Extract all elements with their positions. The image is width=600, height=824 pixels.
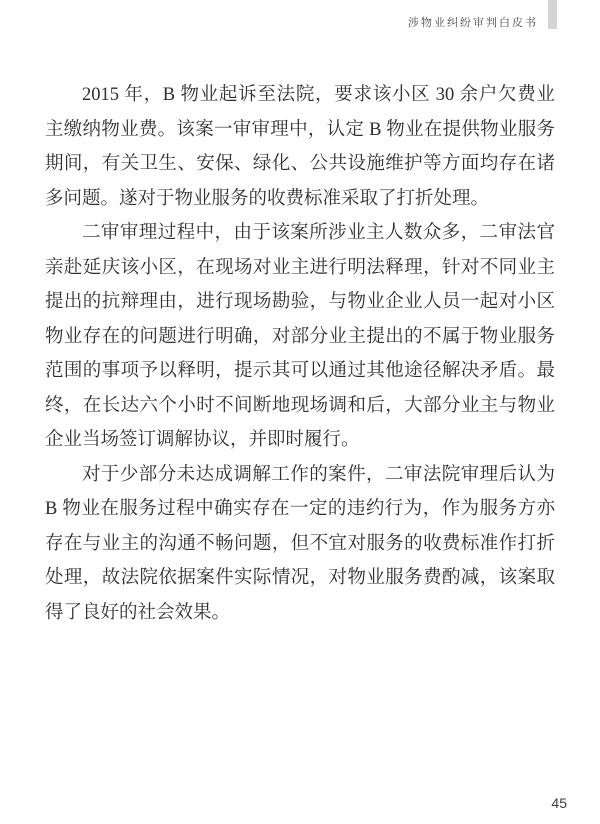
body-paragraph: 2015 年，B 物业起诉至法院，要求该小区 30 余户欠费业主缴纳物业费。该案… bbox=[45, 78, 555, 216]
running-header-title: 涉物业纠纷审判白皮书 bbox=[408, 14, 538, 30]
body-text-block: 2015 年，B 物业起诉至法院，要求该小区 30 余户欠费业主缴纳物业费。该案… bbox=[45, 78, 555, 630]
header-accent-bar bbox=[548, 0, 557, 29]
page-number: 45 bbox=[551, 795, 567, 811]
body-paragraph: 对于少部分未达成调解工作的案件，二审法院审理后认为 B 物业在服务过程中确实存在… bbox=[45, 458, 555, 631]
document-page: 涉物业纠纷审判白皮书 2015 年，B 物业起诉至法院，要求该小区 30 余户欠… bbox=[0, 0, 600, 824]
body-paragraph: 二审审理过程中，由于该案所涉业主人数众多，二审法官亲赴延庆该小区，在现场对业主进… bbox=[45, 216, 555, 458]
